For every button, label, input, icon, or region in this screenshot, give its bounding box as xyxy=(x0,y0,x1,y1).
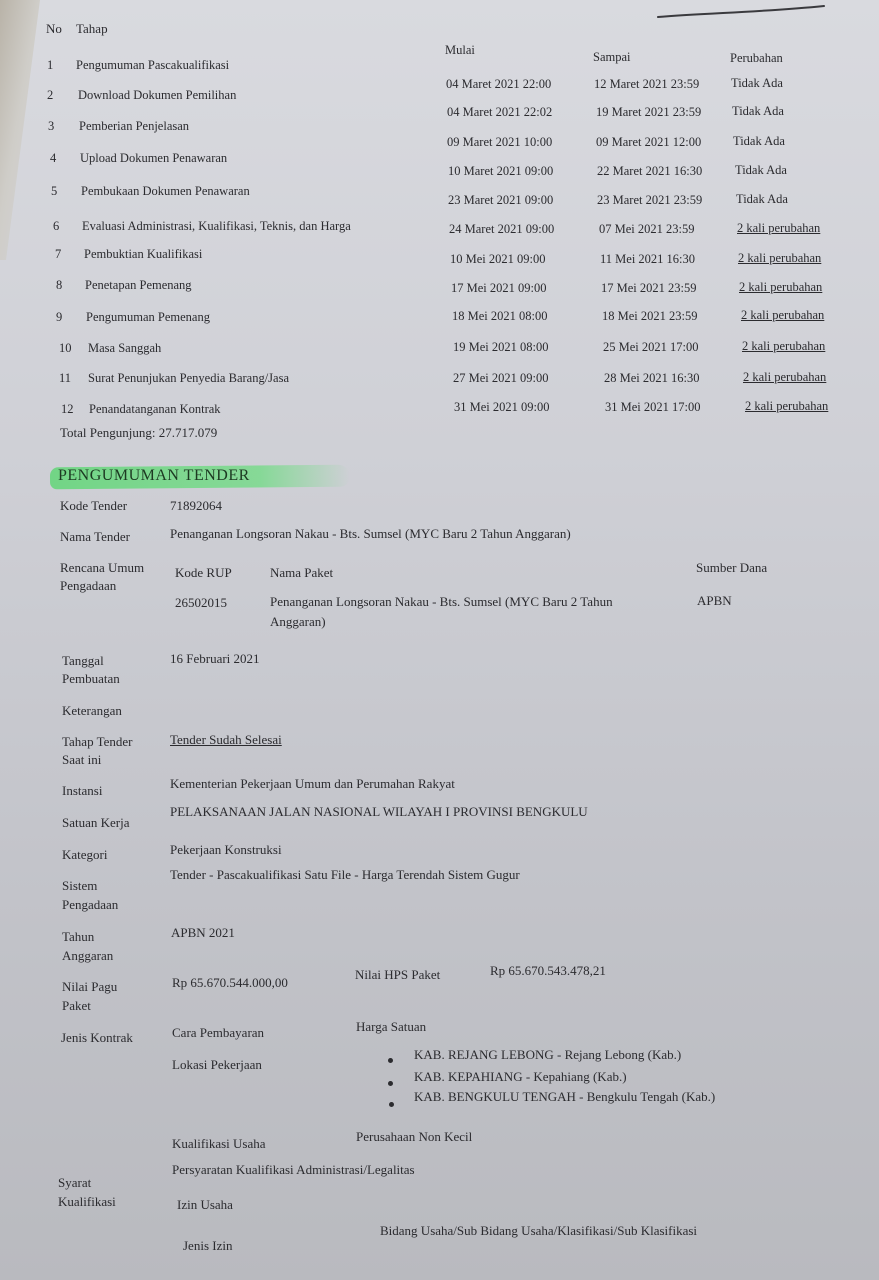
syarat-label-line1: Syarat xyxy=(58,1175,91,1191)
cara-pembayaran-value: Harga Satuan xyxy=(356,1019,426,1035)
row-mulai: 10 Mei 2021 09:00 xyxy=(450,251,545,267)
tahun-value: APBN 2021 xyxy=(171,925,235,941)
tahun-label-line2: Anggaran xyxy=(62,948,113,964)
row-sampai: 22 Maret 2021 16:30 xyxy=(597,163,702,179)
row-mulai: 31 Mei 2021 09:00 xyxy=(454,399,549,415)
row-tahap: Download Dokumen Pemilihan xyxy=(78,87,236,103)
row-mulai: 27 Mei 2021 09:00 xyxy=(453,370,548,386)
row-sampai: 12 Maret 2021 23:59 xyxy=(594,76,699,92)
page-edge-shadow xyxy=(0,0,40,260)
row-mulai: 04 Maret 2021 22:00 xyxy=(446,76,551,92)
row-mulai: 24 Maret 2021 09:00 xyxy=(449,221,554,237)
row-perubahan: Tidak Ada xyxy=(731,75,783,91)
perubahan-link[interactable]: 2 kali perubahan xyxy=(741,307,824,323)
tanggal-label-line1: Tanggal xyxy=(62,653,104,669)
row-mulai: 10 Maret 2021 09:00 xyxy=(448,163,553,179)
row-number: 4 xyxy=(50,150,56,166)
row-sampai: 07 Mei 2021 23:59 xyxy=(599,221,694,237)
rup-label-line1: Rencana Umum xyxy=(60,560,144,576)
row-tahap: Penetapan Pemenang xyxy=(85,277,192,293)
instansi-label: Instansi xyxy=(62,783,102,799)
rup-label-line2: Pengadaan xyxy=(60,578,116,594)
row-number: 9 xyxy=(56,309,62,325)
row-sampai: 28 Mei 2021 16:30 xyxy=(604,370,699,386)
row-mulai: 17 Mei 2021 09:00 xyxy=(451,280,546,296)
row-perubahan: Tidak Ada xyxy=(732,103,784,119)
row-number: 11 xyxy=(59,370,71,386)
hps-label: Nilai HPS Paket xyxy=(355,967,440,983)
sistem-label-line1: Sistem xyxy=(62,878,97,894)
lokasi-label: Lokasi Pekerjaan xyxy=(172,1057,262,1073)
section-title: PENGUMUMAN TENDER xyxy=(58,468,250,484)
lokasi-item: KAB. BENGKULU TENGAH - Bengkulu Tengah (… xyxy=(414,1089,715,1105)
izin-usaha-label: Izin Usaha xyxy=(177,1197,233,1213)
tahap-tender-label-line1: Tahap Tender xyxy=(62,734,133,750)
row-tahap: Penandatanganan Kontrak xyxy=(89,401,221,417)
pen-stroke-mark xyxy=(656,4,826,20)
rup-nama-line2: Anggaran) xyxy=(270,614,326,630)
satuan-kerja-value: PELAKSANAAN JALAN NASIONAL WILAYAH I PRO… xyxy=(170,804,588,820)
header-sampai: Sampai xyxy=(593,49,631,65)
row-perubahan: Tidak Ada xyxy=(733,133,785,149)
perubahan-link[interactable]: 2 kali perubahan xyxy=(739,279,822,295)
total-pengunjung: Total Pengunjung: 27.717.079 xyxy=(60,425,217,441)
kualifikasi-usaha-value: Perusahaan Non Kecil xyxy=(356,1129,472,1145)
row-mulai: 23 Maret 2021 09:00 xyxy=(448,192,553,208)
kategori-label: Kategori xyxy=(62,847,107,863)
row-tahap: Pembukaan Dokumen Penawaran xyxy=(81,183,250,199)
header-tahap: Tahap xyxy=(76,21,108,37)
satuan-kerja-label: Satuan Kerja xyxy=(62,815,130,831)
row-number: 1 xyxy=(47,57,53,73)
syarat-label-line2: Kualifikasi xyxy=(58,1194,116,1210)
tanggal-value: 16 Februari 2021 xyxy=(170,651,260,667)
rup-header-kode: Kode RUP xyxy=(175,565,232,581)
kategori-value: Pekerjaan Konstruksi xyxy=(170,842,282,858)
bullet-icon xyxy=(388,1081,393,1086)
rup-header-sumber: Sumber Dana xyxy=(696,560,767,576)
rup-sumber-value: APBN xyxy=(697,593,732,609)
kualifikasi-usaha-label: Kualifikasi Usaha xyxy=(172,1136,266,1152)
sistem-value: Tender - Pascakualifikasi Satu File - Ha… xyxy=(170,867,520,883)
rup-nama-line1: Penanganan Longsoran Nakau - Bts. Sumsel… xyxy=(270,594,613,610)
row-sampai: 31 Mei 2021 17:00 xyxy=(605,399,700,415)
perubahan-link[interactable]: 2 kali perubahan xyxy=(738,250,821,266)
nama-tender-value: Penanganan Longsoran Nakau - Bts. Sumsel… xyxy=(170,526,571,542)
row-tahap: Pembuktian Kualifikasi xyxy=(84,246,202,262)
header-no: No xyxy=(46,21,62,37)
row-tahap: Pengumuman Pascakualifikasi xyxy=(76,57,229,73)
tahap-tender-link[interactable]: Tender Sudah Selesai xyxy=(170,732,282,748)
row-sampai: 18 Mei 2021 23:59 xyxy=(602,308,697,324)
perubahan-link[interactable]: 2 kali perubahan xyxy=(737,220,820,236)
row-tahap: Evaluasi Administrasi, Kualifikasi, Tekn… xyxy=(82,218,351,234)
row-mulai: 18 Mei 2021 08:00 xyxy=(452,308,547,324)
tanggal-label-line2: Pembuatan xyxy=(62,671,120,687)
pagu-value: Rp 65.670.544.000,00 xyxy=(172,975,288,991)
row-sampai: 25 Mei 2021 17:00 xyxy=(603,339,698,355)
syarat-heading: Persyaratan Kualifikasi Administrasi/Leg… xyxy=(172,1162,415,1178)
row-mulai: 09 Maret 2021 10:00 xyxy=(447,134,552,150)
perubahan-link[interactable]: 2 kali perubahan xyxy=(742,338,825,354)
row-sampai: 23 Maret 2021 23:59 xyxy=(597,192,702,208)
hps-value: Rp 65.670.543.478,21 xyxy=(490,963,606,979)
row-number: 6 xyxy=(53,218,59,234)
cara-pembayaran-label: Cara Pembayaran xyxy=(172,1025,264,1041)
row-number: 2 xyxy=(47,87,53,103)
header-mulai: Mulai xyxy=(445,42,475,58)
row-number: 12 xyxy=(61,401,74,417)
row-mulai: 04 Maret 2021 22:02 xyxy=(447,104,552,120)
kode-tender-value: 71892064 xyxy=(170,498,222,514)
perubahan-link[interactable]: 2 kali perubahan xyxy=(743,369,826,385)
row-number: 7 xyxy=(55,246,61,262)
tahun-label-line1: Tahun xyxy=(62,929,94,945)
jenis-izin-label: Jenis Izin xyxy=(183,1238,232,1254)
row-tahap: Masa Sanggah xyxy=(88,340,161,356)
jenis-kontrak-label: Jenis Kontrak xyxy=(61,1030,133,1046)
row-perubahan: Tidak Ada xyxy=(736,191,788,207)
instansi-value: Kementerian Pekerjaan Umum dan Perumahan… xyxy=(170,776,455,792)
rup-header-nama: Nama Paket xyxy=(270,565,333,581)
kode-tender-label: Kode Tender xyxy=(60,498,127,514)
row-number: 10 xyxy=(59,340,72,356)
keterangan-label: Keterangan xyxy=(62,703,122,719)
row-tahap: Surat Penunjukan Penyedia Barang/Jasa xyxy=(88,370,289,386)
row-number: 5 xyxy=(51,183,57,199)
row-number: 3 xyxy=(48,118,54,134)
header-perubahan: Perubahan xyxy=(730,50,783,66)
row-mulai: 19 Mei 2021 08:00 xyxy=(453,339,548,355)
tahap-tender-label-line2: Saat ini xyxy=(62,752,101,768)
row-sampai: 19 Maret 2021 23:59 xyxy=(596,104,701,120)
lokasi-item: KAB. REJANG LEBONG - Rejang Lebong (Kab.… xyxy=(414,1047,681,1063)
row-number: 8 xyxy=(56,277,62,293)
sistem-label-line2: Pengadaan xyxy=(62,897,118,913)
perubahan-link[interactable]: 2 kali perubahan xyxy=(745,398,828,414)
row-perubahan: Tidak Ada xyxy=(735,162,787,178)
lokasi-item: KAB. KEPAHIANG - Kepahiang (Kab.) xyxy=(414,1069,627,1085)
bullet-icon xyxy=(389,1102,394,1107)
nama-tender-label: Nama Tender xyxy=(60,529,130,545)
bidang-usaha-header: Bidang Usaha/Sub Bidang Usaha/Klasifikas… xyxy=(380,1223,697,1239)
rup-kode-value: 26502015 xyxy=(175,595,227,611)
row-tahap: Upload Dokumen Penawaran xyxy=(80,150,227,166)
pagu-label-line1: Nilai Pagu xyxy=(62,979,117,995)
row-tahap: Pemberian Penjelasan xyxy=(79,118,189,134)
pagu-label-line2: Paket xyxy=(62,998,91,1014)
bullet-icon xyxy=(388,1058,393,1063)
row-sampai: 09 Maret 2021 12:00 xyxy=(596,134,701,150)
row-sampai: 17 Mei 2021 23:59 xyxy=(601,280,696,296)
row-tahap: Pengumuman Pemenang xyxy=(86,309,210,325)
row-sampai: 11 Mei 2021 16:30 xyxy=(600,251,695,267)
